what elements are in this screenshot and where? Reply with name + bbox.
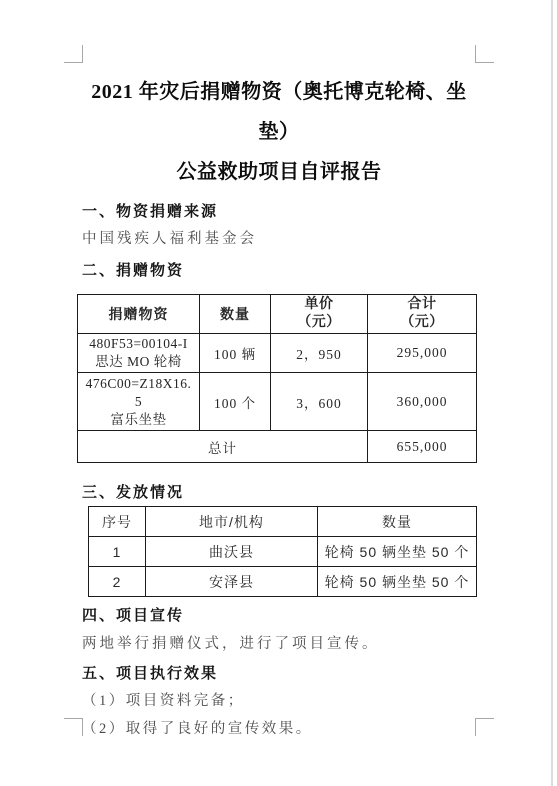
cell-item-line1: 476C00=Z18X16. <box>80 375 197 393</box>
crop-mark-bottom-right-icon <box>475 718 494 736</box>
section-heading-publicity: 四、项目宣传 <box>82 606 476 626</box>
donation-table-header-row: 捐赠物资 数量 单价 （元） 合计 （元） <box>78 295 477 334</box>
cell-qty: 100 辆 <box>200 334 271 373</box>
section-heading-distribution: 三、发放情况 <box>82 483 476 503</box>
section-heading-donation: 二、捐赠物资 <box>82 261 476 281</box>
cell-org: 安泽县 <box>146 567 318 597</box>
cell-total: 295,000 <box>368 334 477 373</box>
page-edge-line <box>551 0 553 786</box>
cell-item: 480F53=00104-I 思达 MO 轮椅 <box>78 334 200 373</box>
crop-mark-bottom-left-icon <box>64 718 83 736</box>
distribution-table: 序号 地市/机构 数量 1 曲沃县 轮椅 50 辆坐垫 50 个 2 安泽县 轮… <box>88 506 477 597</box>
document-title-line1: 2021 年灾后捐赠物资（奥托博克轮椅、坐垫） <box>82 72 476 152</box>
crop-mark-top-left-icon <box>64 45 83 63</box>
document-title: 2021 年灾后捐赠物资（奥托博克轮椅、坐垫） 公益救助项目自评报告 <box>82 72 476 192</box>
cell-total: 360,000 <box>368 373 477 431</box>
cell-item-line2: 5 <box>80 393 197 411</box>
table-total-row: 总计 655,000 <box>78 431 477 463</box>
col-header-unit-price-line2: （元） <box>273 314 365 332</box>
col-header-total-line2: （元） <box>370 314 474 332</box>
paragraph-effect-item-2: （2）取得了良好的宣传效果。 <box>82 719 476 739</box>
col-header-total: 合计 （元） <box>368 295 477 334</box>
col-header-unit-price: 单价 （元） <box>271 295 368 334</box>
col-header-unit-price-line1: 单价 <box>273 296 365 314</box>
distribution-table-header-row: 序号 地市/机构 数量 <box>89 507 477 537</box>
crop-mark-top-right-icon <box>475 45 494 63</box>
col-header-dist-qty: 数量 <box>318 507 477 537</box>
table-row: 476C00=Z18X16. 5 富乐坐垫 100 个 3，600 360,00… <box>78 373 477 431</box>
cell-qty: 100 个 <box>200 373 271 431</box>
paragraph-source: 中国残疾人福利基金会 <box>82 229 476 249</box>
donation-table: 捐赠物资 数量 单价 （元） 合计 （元） 480F53=00104-I 思达 … <box>77 294 477 463</box>
cell-item-line1: 480F53=00104-I <box>80 335 197 353</box>
table-row: 480F53=00104-I 思达 MO 轮椅 100 辆 2，950 295,… <box>78 334 477 373</box>
section-heading-effect: 五、项目执行效果 <box>82 664 476 684</box>
cell-unit-price: 2，950 <box>271 334 368 373</box>
cell-dist-qty: 轮椅 50 辆坐垫 50 个 <box>318 567 477 597</box>
col-header-qty: 数量 <box>200 295 271 334</box>
cell-org: 曲沃县 <box>146 537 318 567</box>
document-page: 2021 年灾后捐赠物资（奥托博克轮椅、坐垫） 公益救助项目自评报告 一、物资捐… <box>0 0 557 786</box>
table-row: 1 曲沃县 轮椅 50 辆坐垫 50 个 <box>89 537 477 567</box>
cell-item-line3: 富乐坐垫 <box>80 411 197 429</box>
table-row: 2 安泽县 轮椅 50 辆坐垫 50 个 <box>89 567 477 597</box>
cell-grand-total: 655,000 <box>368 431 477 463</box>
cell-total-label: 总计 <box>78 431 368 463</box>
cell-no: 2 <box>89 567 146 597</box>
cell-item-line2: 思达 MO 轮椅 <box>80 353 197 371</box>
section-heading-source: 一、物资捐赠来源 <box>82 202 476 222</box>
cell-item: 476C00=Z18X16. 5 富乐坐垫 <box>78 373 200 431</box>
col-header-item: 捐赠物资 <box>78 295 200 334</box>
col-header-no: 序号 <box>89 507 146 537</box>
col-header-total-line1: 合计 <box>370 296 474 314</box>
document-title-line2: 公益救助项目自评报告 <box>82 152 476 192</box>
paragraph-publicity: 两地举行捐赠仪式，进行了项目宣传。 <box>82 634 476 654</box>
cell-unit-price: 3，600 <box>271 373 368 431</box>
col-header-org: 地市/机构 <box>146 507 318 537</box>
paragraph-effect-item-1: （1）项目资料完备； <box>82 691 476 711</box>
cell-no: 1 <box>89 537 146 567</box>
cell-dist-qty: 轮椅 50 辆坐垫 50 个 <box>318 537 477 567</box>
document-content: 2021 年灾后捐赠物资（奥托博克轮椅、坐垫） 公益救助项目自评报告 一、物资捐… <box>82 66 476 739</box>
